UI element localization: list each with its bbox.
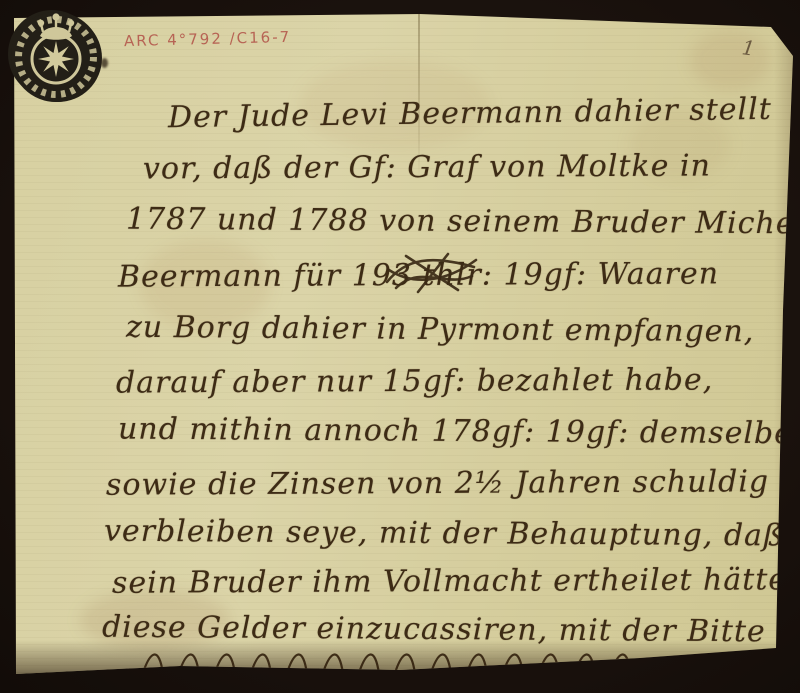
manuscript-line: und mithin annoch 178gf: 19gf: demselben… <box>118 412 800 452</box>
archival-reference: ARC 4°792 /C16-7 <box>124 28 292 50</box>
manuscript-line: zu Borg dahier in Pyrmont empfangen, <box>126 310 755 349</box>
manuscript-line: 1787 und 1788 von seinem Bruder Michel <box>126 202 800 242</box>
crown-star-seal-stamp-icon <box>8 6 108 108</box>
manuscript-line: sein Bruder ihm Vollmacht ertheilet hätt… <box>112 562 798 601</box>
manuscript-line: darauf aber nur 15gf: bezahlet habe, <box>116 362 713 400</box>
manuscript-line: vor, daß der Gf: Graf von Moltke in <box>143 149 711 187</box>
paper-edge-shadow <box>0 0 800 10</box>
paper-stain <box>690 30 770 90</box>
manuscript-line: sowie die Zinsen von 2½ Jahren schuldig <box>106 464 769 502</box>
manuscript-line: verbleiben seye, mit der Behauptung, daß <box>104 514 784 554</box>
document-scan: ARC 4°792 /C16-7 1 Der Jude Levi Beerman… <box>0 0 800 693</box>
ink-blot <box>101 58 108 68</box>
manuscript-paper: ARC 4°792 /C16-7 1 Der Jude Levi Beerman… <box>0 0 800 693</box>
ink-scribble-strikethrough <box>384 250 480 298</box>
paper-edge-shadow <box>774 0 800 693</box>
cutoff-last-line-strokes <box>138 642 738 690</box>
